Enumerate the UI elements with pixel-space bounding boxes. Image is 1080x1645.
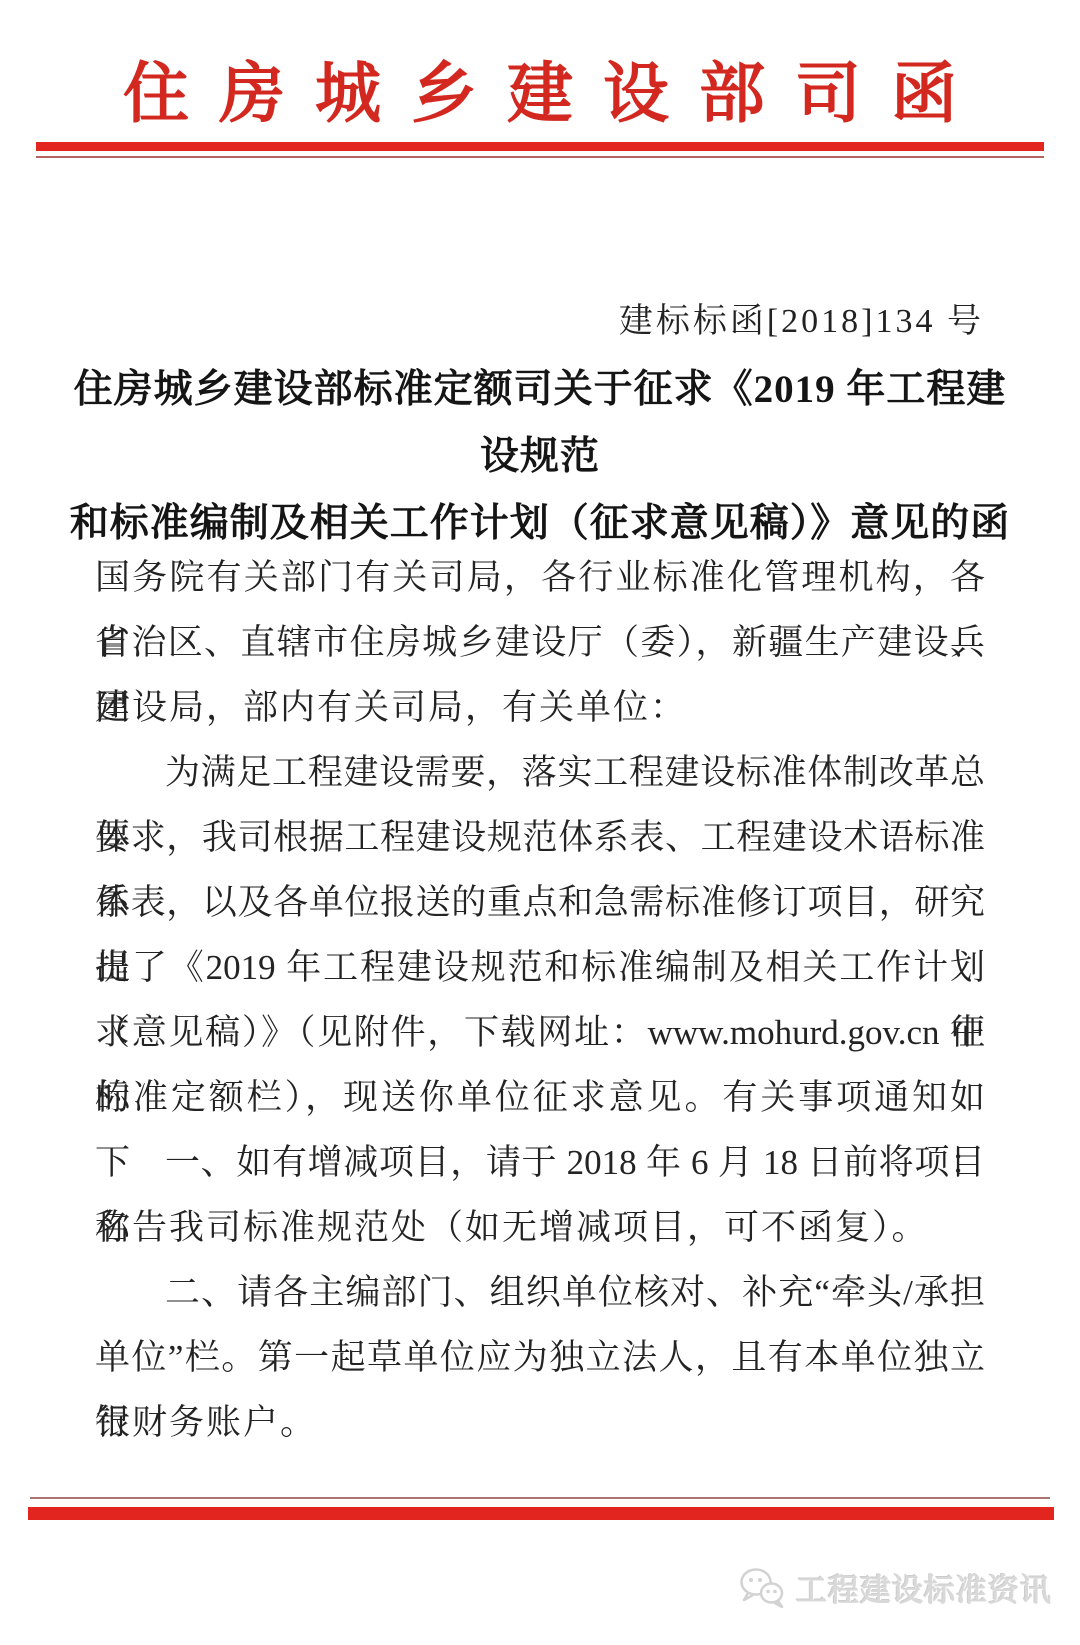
- body-line: 标准定额栏），现送你单位征求意见。有关事项通知如下：: [95, 1065, 985, 1130]
- header-rule-thin: [36, 156, 1044, 158]
- watermark-label: 工程建设标准资讯: [796, 1565, 1052, 1610]
- body-line: 称告我司标准规范处（如无增减项目，可不函复）。: [95, 1195, 985, 1260]
- body-line: 为满足工程建设需要，落实工程建设标准体制改革总体: [95, 740, 985, 805]
- wechat-icon: [738, 1566, 786, 1610]
- letter-body: 国务院有关部门有关司局，各行业标准化管理机构，各省、 自治区、直辖市住房城乡建设…: [95, 545, 985, 1455]
- body-line: 行财务账户。: [95, 1390, 985, 1455]
- footer-rule-thin: [30, 1497, 1050, 1499]
- document-number: 建标标函[2018]134 号: [619, 293, 984, 342]
- body-line: 系表，以及各单位报送的重点和急需标准修订项目，研究提: [95, 870, 985, 935]
- document-title-line1: 住房城乡建设部标准定额司关于征求《2019 年工程建设规范: [60, 356, 1020, 490]
- body-line: 单位”栏。第一起草单位应为独立法人，且有本单位独立银: [95, 1325, 985, 1390]
- official-letter-page: 住房城乡建设部司函 建标标函[2018]134 号 住房城乡建设部标准定额司关于…: [0, 0, 1080, 1645]
- footer-rule-thick: [28, 1507, 1054, 1520]
- header-rule-thick: [36, 142, 1044, 151]
- masthead-title: 住房城乡建设部司函: [0, 40, 1080, 135]
- watermark: 工程建设标准资讯: [738, 1565, 1052, 1610]
- body-line: 一、如有增减项目，请于 2018 年 6 月 18 日前将项目名: [95, 1130, 985, 1195]
- body-line: 建设局，部内有关司局，有关单位：: [95, 675, 985, 740]
- body-line: 国务院有关部门有关司局，各行业标准化管理机构，各省、: [95, 545, 985, 610]
- body-line: 二、请各主编部门、组织单位核对、补充“牵头/承担: [95, 1260, 985, 1325]
- body-line: 自治区、直辖市住房城乡建设厅（委），新疆生产建设兵团: [95, 610, 985, 675]
- body-line: 要求，我司根据工程建设规范体系表、工程建设术语标准体: [95, 805, 985, 870]
- document-title: 住房城乡建设部标准定额司关于征求《2019 年工程建设规范 和标准编制及相关工作…: [60, 356, 1020, 557]
- body-line: 求意见稿）》（见附件，下载网址：www.mohurd.gov.cn 中的: [95, 1000, 985, 1065]
- body-line: 出了《2019 年工程建设规范和标准编制及相关工作计划（征: [95, 935, 985, 1000]
